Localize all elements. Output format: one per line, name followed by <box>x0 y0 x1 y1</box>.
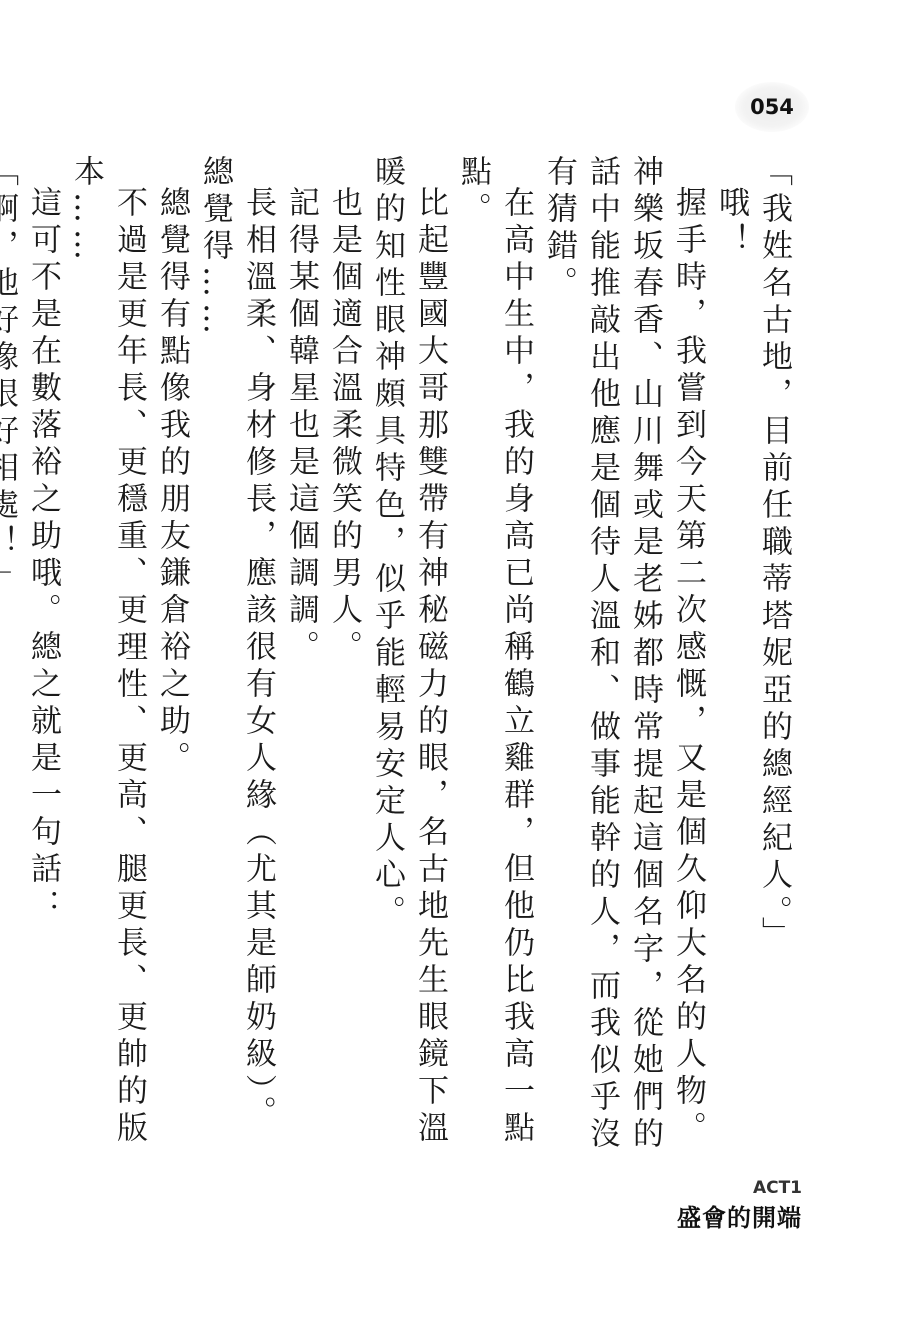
body-text: 「我姓名古地，目前任職蒂塔妮亞的總經紀人。」 哦！ 握手時，我嘗到今天第二次感慨… <box>0 155 795 1165</box>
chapter-title: 盛會的開端 <box>677 1198 802 1233</box>
paragraph: 也是個適合溫柔微笑的男人。 <box>322 155 365 1165</box>
paragraph: 這可不是在數落裕之助哦。總之就是一句話： <box>21 155 64 1165</box>
paragraph: 握手時，我嘗到今天第二次感慨，又是個久仰大名的人物。神樂坂春香、山川舞或是老姊都… <box>537 155 709 1165</box>
paragraph: 比起豐國大哥那雙帶有神秘磁力的眼，名古地先生眼鏡下溫暖的知性眼神頗具特色，似乎能… <box>365 155 451 1165</box>
paragraph: 「我姓名古地，目前任職蒂塔妮亞的總經紀人。」 <box>752 155 795 1165</box>
paragraph: 記得某個韓星也是這個調調。 <box>279 155 322 1165</box>
paragraph: 在高中生中，我的身高已尚稱鶴立雞群，但他仍比我高一點點。 <box>451 155 537 1165</box>
paragraph: 「啊，他好像很好相處！」 <box>0 155 21 1165</box>
paragraph: 長相溫柔、身材修長，應該很有女人緣（尤其是師奶級）。總覺得…… <box>193 155 279 1165</box>
page-number: 054 <box>750 95 794 119</box>
paragraph: 哦！ <box>709 155 752 1165</box>
paragraph: 總覺得有點像我的朋友鎌倉裕之助。 <box>150 155 193 1165</box>
act-label: ACT1 <box>753 1178 802 1198</box>
page-number-badge: 054 <box>735 82 809 132</box>
paragraph: 不過是更年長、更穩重、更理性、更高、腿更長、更帥的版本…… <box>64 155 150 1165</box>
